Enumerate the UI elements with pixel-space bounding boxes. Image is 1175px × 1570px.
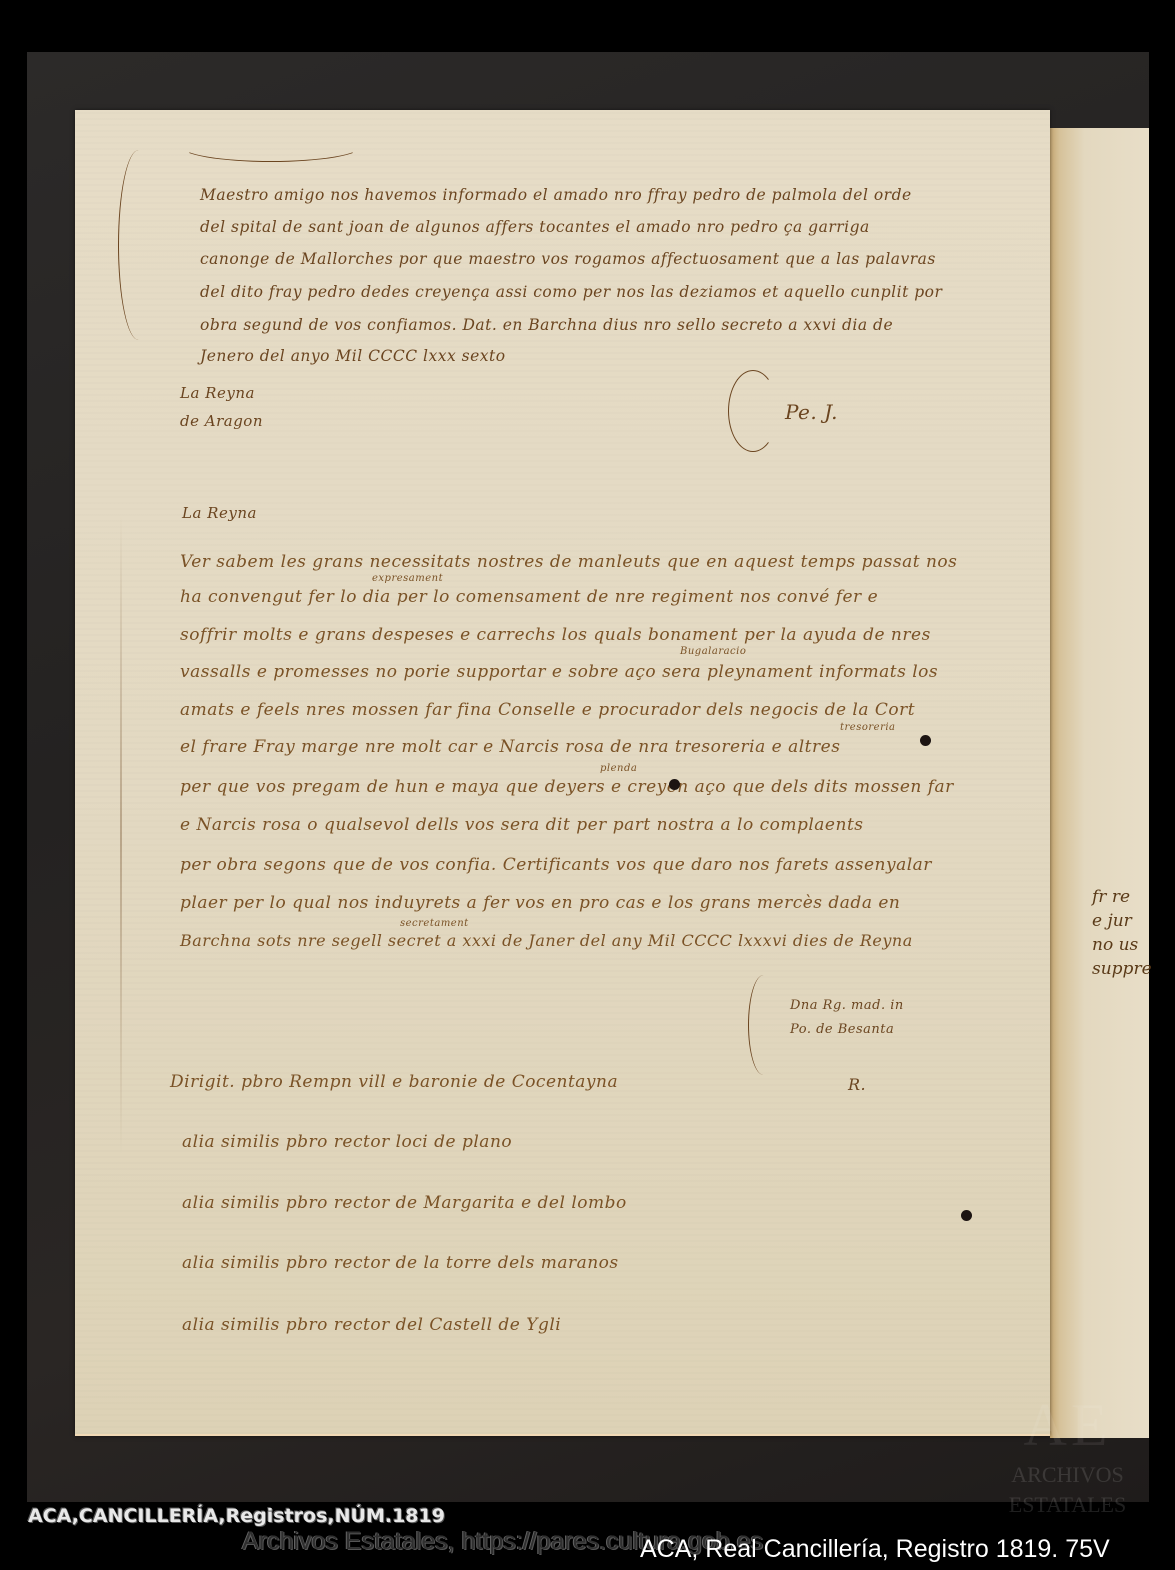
- facing-page: [1050, 128, 1149, 1438]
- letter-1-line: Jenero del anyo Mil CCCC lxxx sexto: [200, 347, 506, 365]
- letter-1-line: canonge de Mallorches por que maestro vo…: [200, 250, 936, 268]
- letter-2-line: Barchna sots nre segell secret a xxxi de…: [180, 931, 913, 950]
- binding-hole: [920, 735, 931, 746]
- signature: Pe. J.: [785, 400, 838, 424]
- top-flourish: [180, 130, 362, 162]
- interlinear-gloss: plenda: [600, 763, 637, 774]
- registry-mark: R.: [848, 1075, 866, 1094]
- letter-2-line: plaer per lo qual nos induyrets a fer vo…: [180, 893, 900, 913]
- list-item: alia similis pbro rector de Margarita e …: [182, 1193, 627, 1213]
- address-line-1: La Reyna: [180, 384, 255, 402]
- interlinear-gloss: expresament: [372, 573, 443, 584]
- list-item: alia similis pbro rector loci de plano: [182, 1132, 512, 1152]
- list-item: alia similis pbro rector del Castell de …: [182, 1315, 561, 1335]
- letter-2-line: soffrir molts e grans despeses e carrech…: [180, 625, 931, 645]
- address-line-2: de Aragon: [180, 412, 263, 430]
- archival-reference-caption: ACA,CANCILLERÍA,Registros,NÚM.1819: [28, 1505, 445, 1527]
- letter-1-line: del spital de sant joan de algunos affer…: [200, 218, 870, 236]
- letter-2-line: ha convengut fer lo dia per lo comensame…: [180, 587, 878, 607]
- letter-2-line: Ver sabem les grans necessitats nostres …: [180, 552, 957, 572]
- letter-2-line: el frare Fray marge nre molt car e Narci…: [180, 737, 840, 757]
- folio-caption: ACA, Real Cancillería, Registro 1819. 75…: [640, 1535, 1110, 1564]
- letter-2-line: per obra segons que de vos confia. Certi…: [180, 855, 932, 875]
- signature-flourish: [728, 370, 778, 452]
- interlinear-gloss: Bugalaracio: [680, 646, 746, 657]
- interlinear-gloss: tresoreria: [840, 722, 896, 733]
- letter-1-line: Maestro amigo nos havemos informado el a…: [200, 186, 912, 204]
- interlinear-gloss: secretament: [400, 918, 469, 929]
- binding-hole: [669, 779, 680, 790]
- facing-page-fragment: fr re e jur no us suppre: [1092, 885, 1152, 981]
- letter-2-heading: La Reyna: [182, 504, 257, 522]
- registry-note-1: Dna Rg. mad. in: [790, 998, 904, 1013]
- binding-hole: [961, 1210, 972, 1221]
- left-margin-rule: [120, 515, 122, 1155]
- opening-bracket-flourish: [118, 150, 159, 340]
- list-item: Dirigit. pbro Rempn vill e baronie de Co…: [170, 1072, 618, 1092]
- note-bracket: [748, 975, 779, 1075]
- manuscript-page: [75, 110, 1050, 1436]
- letter-1-line: del dito fray pedro dedes creyença assi …: [200, 283, 942, 301]
- letter-1-line: obra segund de vos confiamos. Dat. en Ba…: [200, 316, 893, 334]
- letter-2-line: e Narcis rosa o qualsevol dells vos sera…: [180, 815, 864, 835]
- letter-2-line: amats e feels nres mossen far fina Conse…: [180, 700, 915, 720]
- letter-2-line: per que vos pregam de hun e maya que dey…: [180, 777, 954, 797]
- registry-note-2: Po. de Besanta: [790, 1022, 894, 1037]
- letter-2-line: vassalls e promesses no porie supportar …: [180, 662, 938, 682]
- list-item: alia similis pbro rector de la torre del…: [182, 1253, 619, 1273]
